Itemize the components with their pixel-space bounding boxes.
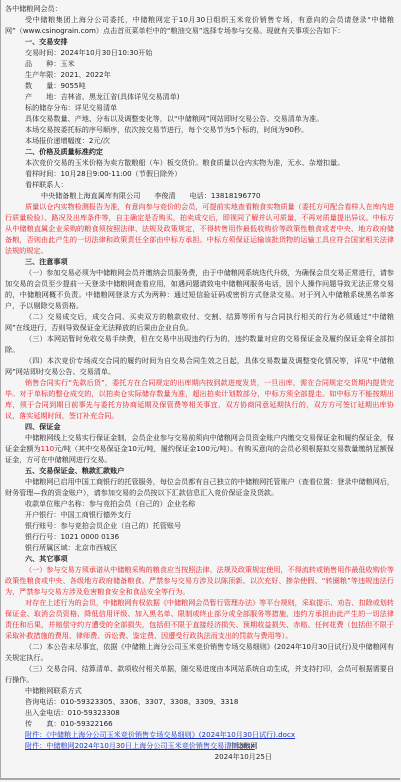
label: 数 量：: [25, 81, 60, 90]
documents-note: （三）交易合同、结算清单、款项收付相关单据，随交易进度由本网站系统自动生成，并支…: [5, 663, 394, 685]
deposit-paragraph: 中储粮网线上交易实行保证金制，会员企业参与交易前须向中储粮网会员资金账户内缴交交…: [5, 432, 394, 465]
signature-org: 中储粮网: [215, 740, 272, 751]
contact-phone: 电话：13818196770: [190, 191, 261, 200]
notice-4: （四）本次竞价专场成交合同的履约时间为自交易合同生效之日起，具体交易数量及调整变…: [5, 355, 394, 377]
deposit-text-tail: 元/吨（其中交易保证金10元/吨，履约保证金100元/吨）。有购买意向的会员必须…: [5, 444, 394, 464]
price-increment: 本场报价递增幅度：2元/次: [5, 135, 394, 146]
label: 生产年限：: [25, 70, 60, 79]
signature-date: 2024年10月25日: [215, 751, 272, 762]
compliance-notice: （一）参与交易方须承诺从中储粮采购的粮食应当按照法律、法规及政策规定使用，不得流…: [5, 564, 394, 597]
greeting: 各中储粮网会员：: [5, 3, 394, 14]
penalty-notice: 对存在上述行为的会员，中储粮网有权依据《中储粮网会员暂行管理办法》等平台规则，采…: [5, 597, 394, 641]
label: 交易时间：: [25, 48, 60, 57]
section-5-title: 五、交易保证金、粮款汇款账户: [5, 465, 394, 476]
rules-reference: （二）本公告未尽事宜，依据《中储粮上海分公司玉米竞价销售专场交易细则》(2024…: [5, 641, 394, 663]
delivery-notice: 销售合同实行“先款后货”，委托方在合同规定的出库期内按到款进度发货，一旦出库，需…: [5, 377, 394, 421]
note-1: 具体交易数量、产地、分布以及调整变化等，以“中储粮网”网站即时交易公告、交易清单…: [5, 113, 394, 124]
value: 2024年10月30日10:30开始: [60, 48, 152, 57]
notice-2: （二）交易成交后，成交合同、买卖双方的粮款收付、交割、结算等所有与合同执行相关的…: [5, 311, 394, 333]
contact-label: 看样联系人：: [5, 179, 394, 190]
label: 产 地：: [25, 92, 60, 101]
storage-distribution: 标的储存分布：详见交易清单: [5, 102, 394, 113]
attachment-list: 附件：中储粮网2024年10月30日上海分公司玉米竞价销售交易清单.xlsx: [5, 740, 394, 751]
contact-company: 中央储备粮上海直属库有限公司: [41, 191, 140, 200]
viewing-time: 看样时间：10月28日9:00-11:00（节假日除外）: [5, 168, 394, 179]
contact-title: 中储粮网联系方式: [5, 685, 394, 696]
notice-1: （一）参加交易必须为中储粮网会员并缴纳会员服务费，由于中储粮网系统迭代升级，为确…: [5, 267, 394, 311]
bank-account: 银行账号：参与竞拍会员企业（自己的）托管账号: [5, 520, 394, 531]
escrow-paragraph: 中储粮网已启用中国工商银行的托管服务，每位会员都有自己独立的中储粮网托管账户（查…: [5, 476, 394, 498]
bank-region: 银行所属区域：北京市西城区: [5, 542, 394, 553]
value: 详见交易清单: [75, 103, 118, 112]
value: 9055吨: [60, 81, 85, 90]
value: 吉林省、黑龙江省(具体详见交易清单): [60, 92, 179, 101]
consult-phone: 咨询电话：010-59323305、3306、3307、3308、3309、33…: [5, 696, 394, 707]
section-1-title: 一、交易安排: [5, 36, 394, 47]
account-name: 收款单位账户名称：参与竞拍会员（自己的）企业名称: [5, 498, 394, 509]
fax: 传 真：010-59322166: [5, 718, 394, 729]
attachment-rules-link[interactable]: 附件：《中储粮上海分公司玉米竞价销售专场交易细则》(2024年10月30日试行)…: [25, 730, 295, 739]
production-year: 生产年限：2021、2022年: [5, 69, 394, 80]
variety: 品 种：玉米: [5, 58, 394, 69]
section-4-title: 四、保证金: [5, 421, 394, 432]
deposit-amount: 110: [41, 444, 55, 453]
value: 2021、2022年: [60, 70, 110, 79]
section-2-title: 二、价格及质量标准约定: [5, 146, 394, 157]
bank-code: 银行行号：1021 0000 0136: [5, 531, 394, 542]
label: 标的储存分布：: [25, 103, 75, 112]
price-terms: 本次竞价交易的玉米价格为卖方散粮船（车）板交货价。粮食质量以仓内实物为准，无水、…: [5, 157, 394, 168]
quantity: 数 量：9055吨: [5, 80, 394, 91]
origin: 产 地：吉林省、黑龙江省(具体详见交易清单): [5, 91, 394, 102]
label: 品 种：: [25, 59, 60, 68]
signature: 中储粮网 2024年10月25日: [215, 740, 272, 762]
section-3-title: 三、注意事项: [5, 256, 394, 267]
announcement-document: 各中储粮网会员： 受中储粮集团上海分公司委托，中储粮网定于10月30日组织玉米竞…: [0, 0, 400, 780]
notice-3: （三）本网站暂时免收交易手续费，但在交易中出现违约行为的，违约数量对应的交易保证…: [5, 333, 394, 355]
intro-paragraph: 受中储粮集团上海分公司委托，中储粮网定于10月30日组织玉米竞价销售专场，有意向…: [5, 14, 394, 36]
section-6-title: 六、其它事项: [5, 553, 394, 564]
note-2: 本场交易按委托标的序号顺序，依次按交易节进行，每个交易节为5个标的，时间为90秒…: [5, 124, 394, 135]
funds-phone: 出入金电话：010-59323308: [5, 707, 394, 718]
value: 玉米: [60, 59, 74, 68]
bank-name: 开户银行：中国工商银行德外支行: [5, 509, 394, 520]
contact-person: 李俊清: [154, 191, 175, 200]
quality-notice: 质量以仓内实物检测报告为准，有意向参与竞价的会员，可提前实地查看粮食实物质量（委…: [5, 201, 394, 256]
viewing-contact: 中央储备粮上海直属库有限公司李俊清电话：13818196770: [5, 190, 394, 201]
trade-time: 交易时间：2024年10月30日10:30开始: [5, 47, 394, 58]
attachment-rules: 附件：《中储粮上海分公司玉米竞价销售专场交易细则》(2024年10月30日试行)…: [5, 729, 394, 740]
